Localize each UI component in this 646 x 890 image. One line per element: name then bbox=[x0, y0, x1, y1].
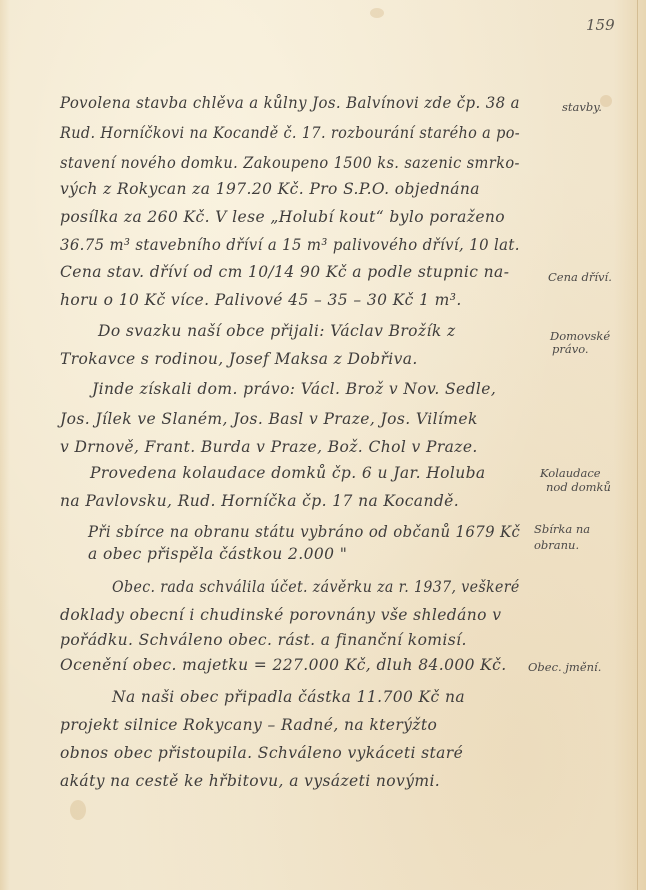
manuscript-page: 159 Povolena stavba chlěva a kůlny Jos. … bbox=[0, 0, 646, 890]
text-line: Cena stav. dříví od cm 10/14 90 Kč a pod… bbox=[60, 263, 509, 281]
margin-note-cena-drivi: Cena dříví. bbox=[548, 270, 612, 284]
text-line: v Drnově, Frant. Burda v Praze, Bož. Cho… bbox=[60, 438, 478, 456]
text-line: na Pavlovsku, Rud. Horníčka čp. 17 na Ko… bbox=[60, 492, 459, 510]
margin-note-obranu: obranu. bbox=[534, 538, 579, 552]
text-line: Povolena stavba chlěva a kůlny Jos. Balv… bbox=[60, 94, 520, 112]
margin-note-domovske: Domovské bbox=[550, 329, 610, 343]
text-line: vých z Rokycan za 197.20 Kč. Pro S.P.O. … bbox=[60, 180, 480, 198]
text-line: posílka za 260 Kč. V lese „Holubí kout“ … bbox=[60, 208, 505, 226]
text-line: Obec. rada schválila účet. závěrku za r.… bbox=[112, 578, 520, 596]
text-line: obnos obec přistoupila. Schváleno vykáce… bbox=[60, 744, 463, 762]
text-line: Na naši obec připadla částka 11.700 Kč n… bbox=[112, 688, 465, 706]
margin-note-nod-domku: nod domků bbox=[546, 480, 611, 494]
text-line: akáty na cestě ke hřbitovu, a vysázeti n… bbox=[60, 772, 440, 790]
text-line: pořádku. Schváleno obec. rást. a finančn… bbox=[60, 631, 467, 649]
margin-note-sbirka: Sbírka na bbox=[534, 522, 590, 536]
text-line: a obec přispěla částkou 2.000 " bbox=[88, 545, 347, 563]
text-line: horu o 10 Kč více. Palivové 45 – 35 – 30… bbox=[60, 291, 462, 309]
text-line: Jos. Jílek ve Slaném, Jos. Basl v Praze,… bbox=[60, 410, 478, 428]
text-line: Při sbírce na obranu státu vybráno od ob… bbox=[88, 523, 520, 541]
text-line: Trokavce s rodinou, Josef Maksa z Dobřiv… bbox=[60, 350, 418, 368]
paper-stain bbox=[370, 8, 384, 18]
margin-note-kolaudace: Kolaudace bbox=[540, 466, 601, 480]
text-line: stavení nového domku. Zakoupeno 1500 ks.… bbox=[60, 154, 520, 172]
text-line: Ocenění obec. majetku = 227.000 Kč, dluh… bbox=[60, 656, 507, 674]
page-number: 159 bbox=[586, 16, 615, 34]
paper-stain bbox=[70, 800, 86, 820]
text-line: projekt silnice Rokycany – Radné, na kte… bbox=[60, 716, 437, 734]
margin-note-obec-jmeni: Obec. jmění. bbox=[528, 660, 601, 674]
text-line: Do svazku naší obce přijali: Václav Brož… bbox=[98, 322, 456, 340]
text-line: Jinde získali dom. právo: Václ. Brož v N… bbox=[92, 380, 496, 398]
text-line: doklady obecní i chudinské porovnány vše… bbox=[60, 606, 501, 624]
margin-note-pravo: právo. bbox=[552, 342, 589, 356]
text-line: Provedena kolaudace domků čp. 6 u Jar. H… bbox=[90, 464, 486, 482]
text-line: Rud. Horníčkovi na Kocandě č. 17. rozbou… bbox=[60, 124, 520, 142]
text-line: 36.75 m³ stavebního dříví a 15 m³ palivo… bbox=[60, 236, 520, 254]
margin-note-stavby: stavby. bbox=[562, 100, 602, 114]
